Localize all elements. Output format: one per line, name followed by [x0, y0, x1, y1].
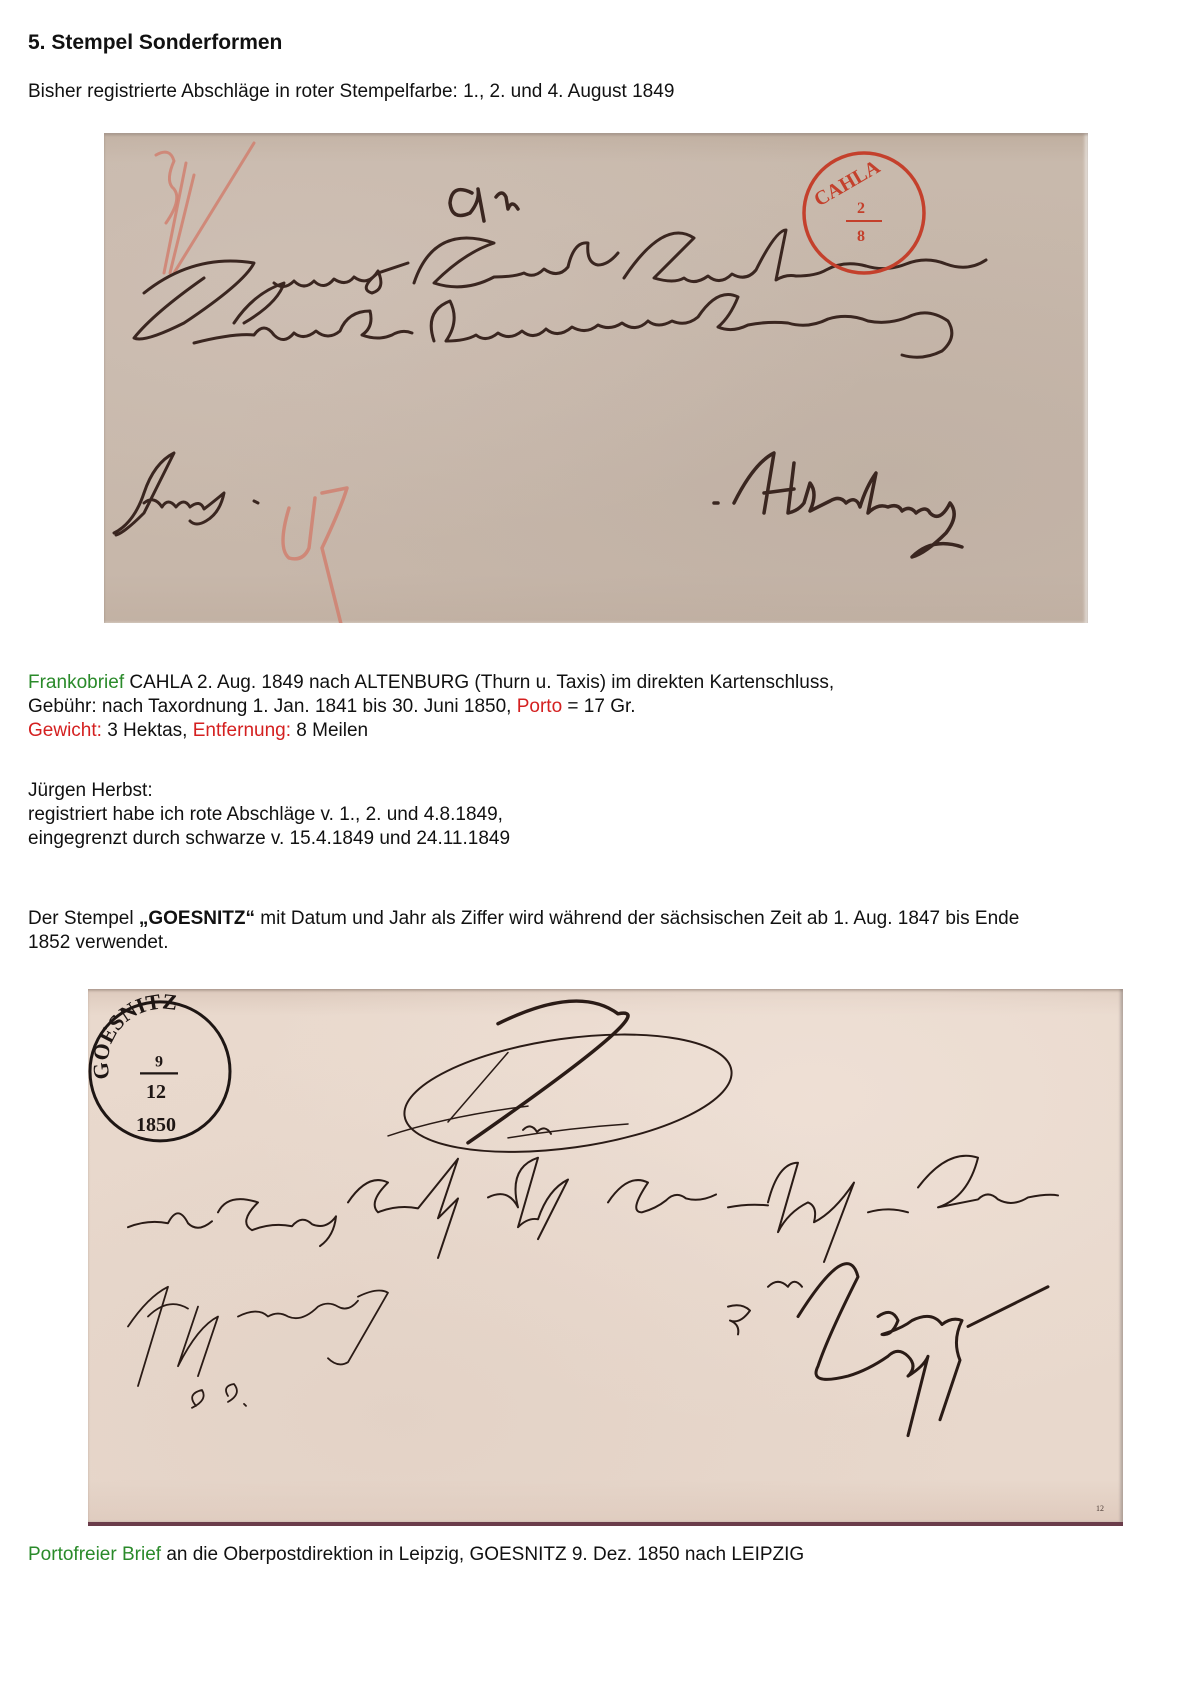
cahla-stamp-month: 8 — [857, 228, 865, 245]
goesnitz-stamp-town: GOESNITZ — [88, 989, 179, 1081]
cahla-letter-artwork: CAHLA 2 8 — [104, 133, 1088, 623]
goesnitz-letter-artwork: GOESNITZ 9 12 1850 12 — [88, 989, 1123, 1522]
goesnitz-stamp-year: 1850 — [136, 1114, 176, 1136]
caption-cahla-line3: Gewicht: 3 Hektas, Entfernung: 8 Meilen — [28, 719, 368, 743]
note-line1: registriert habe ich rote Abschläge v. 1… — [28, 803, 503, 827]
svg-text:GOESNITZ: GOESNITZ — [88, 989, 179, 1081]
letter-scan-cahla: CAHLA 2 8 — [104, 133, 1088, 623]
svg-text:CAHLA: CAHLA — [810, 156, 884, 211]
intro-text: Bisher registrierte Abschläge in roter S… — [28, 80, 674, 104]
cahla-stamp-day: 2 — [857, 200, 865, 217]
label-entfernung: Entfernung: — [193, 720, 291, 741]
letter-scan-goesnitz: GOESNITZ 9 12 1850 12 — [88, 989, 1123, 1526]
caption-cahla-line2: Gebühr: nach Taxordnung 1. Jan. 1841 bis… — [28, 695, 636, 719]
corner-mark: 12 — [1096, 1504, 1104, 1513]
label-portofreier-brief: Portofreier Brief — [28, 1544, 161, 1565]
goesnitz-stamp-day: 9 — [155, 1053, 163, 1070]
note-author: Jürgen Herbst: — [28, 779, 153, 803]
goesnitz-intro-line1: Der Stempel „GOESNITZ“ mit Datum und Jah… — [28, 907, 1019, 931]
goesnitz-postmark: GOESNITZ 9 12 1850 — [88, 989, 230, 1141]
note-line2: eingegrenzt durch schwarze v. 15.4.1849 … — [28, 827, 510, 851]
cahla-postmark: CAHLA 2 8 — [804, 153, 924, 273]
caption-goesnitz: Portofreier Brief an die Oberpostdirekti… — [28, 1543, 804, 1567]
caption-cahla-line1: Frankobrief CAHLA 2. Aug. 1849 nach ALTE… — [28, 671, 834, 695]
page-title: 5. Stempel Sonderformen — [28, 30, 282, 56]
label-gewicht: Gewicht: — [28, 720, 102, 741]
label-porto: Porto — [517, 696, 562, 717]
label-frankobrief: Frankobrief — [28, 672, 124, 693]
stamp-name-goesnitz: „GOESNITZ“ — [139, 908, 255, 929]
goesnitz-stamp-month: 12 — [146, 1081, 166, 1103]
goesnitz-intro-line2: 1852 verwendet. — [28, 931, 169, 955]
